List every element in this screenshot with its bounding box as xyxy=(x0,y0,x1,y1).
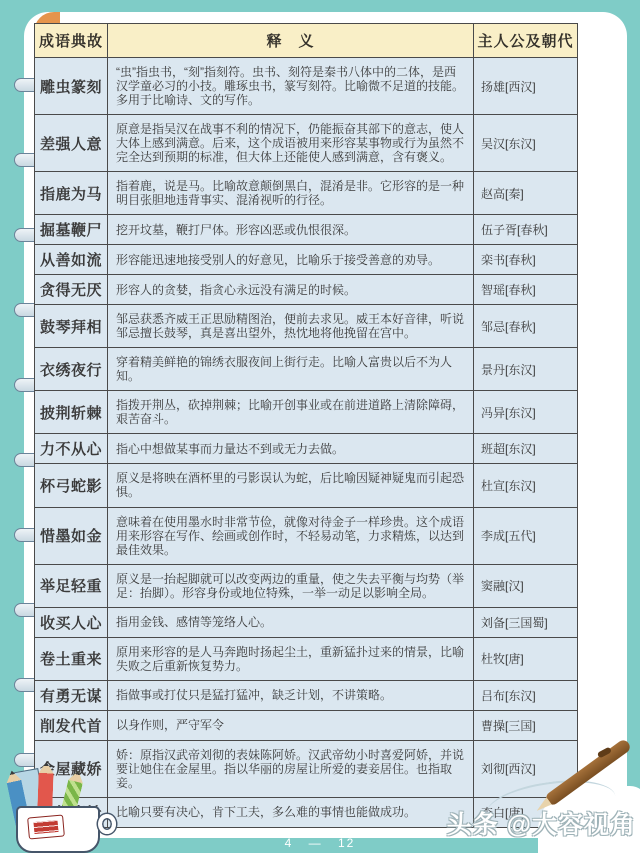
person-cell: 吕布[东汉] xyxy=(474,680,578,710)
table-row: 差强人意原意是指吴汉在战事不利的情况下，仍能振奋其部下的意志，使人大体上感到满意… xyxy=(35,115,578,172)
person-cell: 伍子胥[春秋] xyxy=(474,215,578,245)
idiom-cell: 指鹿为马 xyxy=(35,172,108,215)
idiom-cell: 从善如流 xyxy=(35,245,108,275)
column-header-person: 主人公及朝代 xyxy=(474,24,578,58)
idiom-cell: 收买人心 xyxy=(35,607,108,637)
pencil-cup-illustration xyxy=(2,758,120,853)
meaning-cell: 意味着在使用墨水时非常节俭，就像对待金子一样珍贵。这个成语用来形容在写作、绘画或… xyxy=(108,507,474,564)
header-row: 成语典故 释 义 主人公及朝代 xyxy=(35,24,578,58)
meaning-cell: 指心中想做某事而力量达不到或无力去做。 xyxy=(108,434,474,464)
table-row: 衣绣夜行穿着精美鲜艳的锦绣衣服夜间上街行走。比喻人富贵以后不为人知。景丹[东汉] xyxy=(35,348,578,391)
person-cell: 扬雄[西汉] xyxy=(474,58,578,115)
idiom-cell: 贪得无厌 xyxy=(35,275,108,305)
idiom-cell: 掘墓鞭尸 xyxy=(35,215,108,245)
red-label-icon xyxy=(27,814,65,839)
idiom-cell: 披荆斩棘 xyxy=(35,391,108,434)
idiom-cell: 惜墨如金 xyxy=(35,507,108,564)
meaning-cell: 形容人的贪婪，指贪心永远没有满足的时候。 xyxy=(108,275,474,305)
person-cell: 杜牧[唐] xyxy=(474,637,578,680)
table-row: 收买人心指用金钱、感情等笼络人心。刘备[三国蜀] xyxy=(35,607,578,637)
idiom-cell: 卷土重来 xyxy=(35,637,108,680)
person-cell: 曹操[三国] xyxy=(474,710,578,740)
idiom-table-body: 雕虫篆刻“虫”指虫书，“刻”指刻符。虫书、刻符是秦书八体中的二体，是西汉学童必习… xyxy=(35,58,578,828)
table-row: 杯弓蛇影原义是将映在酒杯里的弓影误认为蛇，后比喻因疑神疑鬼而引起恐惧。杜宣[东汉… xyxy=(35,464,578,507)
page-indicator: 4 — 12 xyxy=(285,836,356,850)
idiom-cell: 削发代首 xyxy=(35,710,108,740)
table-row: 惜墨如金意味着在使用墨水时非常节俭，就像对待金子一样珍贵。这个成语用来形容在写作… xyxy=(35,507,578,564)
meaning-cell: “虫”指虫书，“刻”指刻符。虫书、刻符是秦书八体中的二体，是西汉学童必习的小技。… xyxy=(108,58,474,115)
column-header-meaning: 释 义 xyxy=(108,24,474,58)
meaning-cell: 原义是将映在酒杯里的弓影误认为蛇，后比喻因疑神疑鬼而引起恐惧。 xyxy=(108,464,474,507)
person-cell: 冯异[东汉] xyxy=(474,391,578,434)
table-row: 从善如流形容能迅速地接受别人的好意见，比喻乐于接受善意的劝导。栾书[春秋] xyxy=(35,245,578,275)
meaning-cell: 指用金钱、感情等笼络人心。 xyxy=(108,607,474,637)
person-cell: 赵高[秦] xyxy=(474,172,578,215)
person-cell: 智瑶[春秋] xyxy=(474,275,578,305)
meaning-cell: 原用来形容的是人马奔跑时扬起尘土，重新猛扑过来的情景，比喻失败之后重新恢复势力。 xyxy=(108,637,474,680)
table-row: 削发代首以身作则，严守军令曹操[三国] xyxy=(35,710,578,740)
person-cell: 邹忌[春秋] xyxy=(474,305,578,348)
person-cell: 刘备[三国蜀] xyxy=(474,607,578,637)
idiom-cell: 力不从心 xyxy=(35,434,108,464)
idiom-cell: 举足轻重 xyxy=(35,564,108,607)
idiom-cell: 鼓琴拜相 xyxy=(35,305,108,348)
meaning-cell: 形容能迅速地接受别人的好意见，比喻乐于接受善意的劝导。 xyxy=(108,245,474,275)
table-row: 掘墓鞭尸挖开坟墓，鞭打尸体。形容凶恶或仇恨很深。伍子胥[春秋] xyxy=(35,215,578,245)
watermark-text: 头条 @大容视角 xyxy=(447,805,636,841)
idiom-cell: 差强人意 xyxy=(35,115,108,172)
idiom-cell: 雕虫篆刻 xyxy=(35,58,108,115)
person-cell: 李成[五代] xyxy=(474,507,578,564)
table-row: 鼓琴拜相邹忌获悉齐威王正思励精图治，便前去求见。威王本好音律，听说邹忌擅长鼓琴，… xyxy=(35,305,578,348)
person-cell: 吴汉[东汉] xyxy=(474,115,578,172)
meaning-cell: 邹忌获悉齐威王正思励精图治，便前去求见。威王本好音律，听说邹忌擅长鼓琴，真是喜出… xyxy=(108,305,474,348)
meaning-cell: 穿着精美鲜艳的锦绣衣服夜间上街行走。比喻人富贵以后不为人知。 xyxy=(108,348,474,391)
meaning-cell: 指拨开荆丛，砍掉荆棘；比喻开创事业或在前进道路上清除障碍，艰苦奋斗。 xyxy=(108,391,474,434)
column-header-idiom: 成语典故 xyxy=(35,24,108,58)
toutiao-article-image: 成语典故 释 义 主人公及朝代 雕虫篆刻“虫”指虫书，“刻”指刻符。虫书、刻符是… xyxy=(0,0,640,853)
meaning-cell: 指做事或打仗只是猛打猛冲，缺乏计划，不讲策略。 xyxy=(108,680,474,710)
table-row: 有勇无谋指做事或打仗只是猛打猛冲，缺乏计划，不讲策略。吕布[东汉] xyxy=(35,680,578,710)
person-cell: 窦融[汉] xyxy=(474,564,578,607)
idiom-cell: 杯弓蛇影 xyxy=(35,464,108,507)
table-row: 卷土重来原用来形容的是人马奔跑时扬起尘土，重新猛扑过来的情景，比喻失败之后重新恢… xyxy=(35,637,578,680)
table-row: 举足轻重原义是一抬起脚就可以改变两边的重量，使之失去平衡与均势（举足：抬脚）。形… xyxy=(35,564,578,607)
table-row: 雕虫篆刻“虫”指虫书，“刻”指刻符。虫书、刻符是秦书八体中的二体，是西汉学童必习… xyxy=(35,58,578,115)
meaning-cell: 原义是一抬起脚就可以改变两边的重量，使之失去平衡与均势（举足：抬脚）。形容身份或… xyxy=(108,564,474,607)
person-cell: 杜宣[东汉] xyxy=(474,464,578,507)
meaning-cell: 娇：原指汉武帝刘彻的表妹陈阿娇。汉武帝幼小时喜爱阿娇，并说要让她住在金屋里。指以… xyxy=(108,740,474,797)
mug-icon xyxy=(16,806,100,853)
person-cell: 班超[东汉] xyxy=(474,434,578,464)
table-row: 贪得无厌形容人的贪婪，指贪心永远没有满足的时候。智瑶[春秋] xyxy=(35,275,578,305)
table-row: 力不从心指心中想做某事而力量达不到或无力去做。班超[东汉] xyxy=(35,434,578,464)
meaning-cell: 原意是指吴汉在战事不利的情况下，仍能振奋其部下的意志，使人大体上感到满意。后来，… xyxy=(108,115,474,172)
meaning-cell: 比喻只要有决心，肯下工夫，多么难的事情也能做成功。 xyxy=(108,797,474,827)
meaning-cell: 指着鹿，说是马。比喻故意颠倒黑白，混淆是非。它形容的是一种明目张胆地违背事实、混… xyxy=(108,172,474,215)
person-cell: 栾书[春秋] xyxy=(474,245,578,275)
meaning-cell: 挖开坟墓，鞭打尸体。形容凶恶或仇恨很深。 xyxy=(108,215,474,245)
table-row: 指鹿为马指着鹿，说是马。比喻故意颠倒黑白，混淆是非。它形容的是一种明目张胆地违背… xyxy=(35,172,578,215)
table-row: 披荆斩棘指拨开荆丛，砍掉荆棘；比喻开创事业或在前进道路上清除障碍，艰苦奋斗。冯异… xyxy=(35,391,578,434)
mug-handle-icon xyxy=(98,814,116,834)
idiom-table-header: 成语典故 释 义 主人公及朝代 xyxy=(35,24,578,58)
idiom-table: 成语典故 释 义 主人公及朝代 雕虫篆刻“虫”指虫书，“刻”指刻符。虫书、刻符是… xyxy=(34,23,578,828)
meaning-cell: 以身作则，严守军令 xyxy=(108,710,474,740)
idiom-cell: 衣绣夜行 xyxy=(35,348,108,391)
person-cell: 景丹[东汉] xyxy=(474,348,578,391)
idiom-cell: 有勇无谋 xyxy=(35,680,108,710)
